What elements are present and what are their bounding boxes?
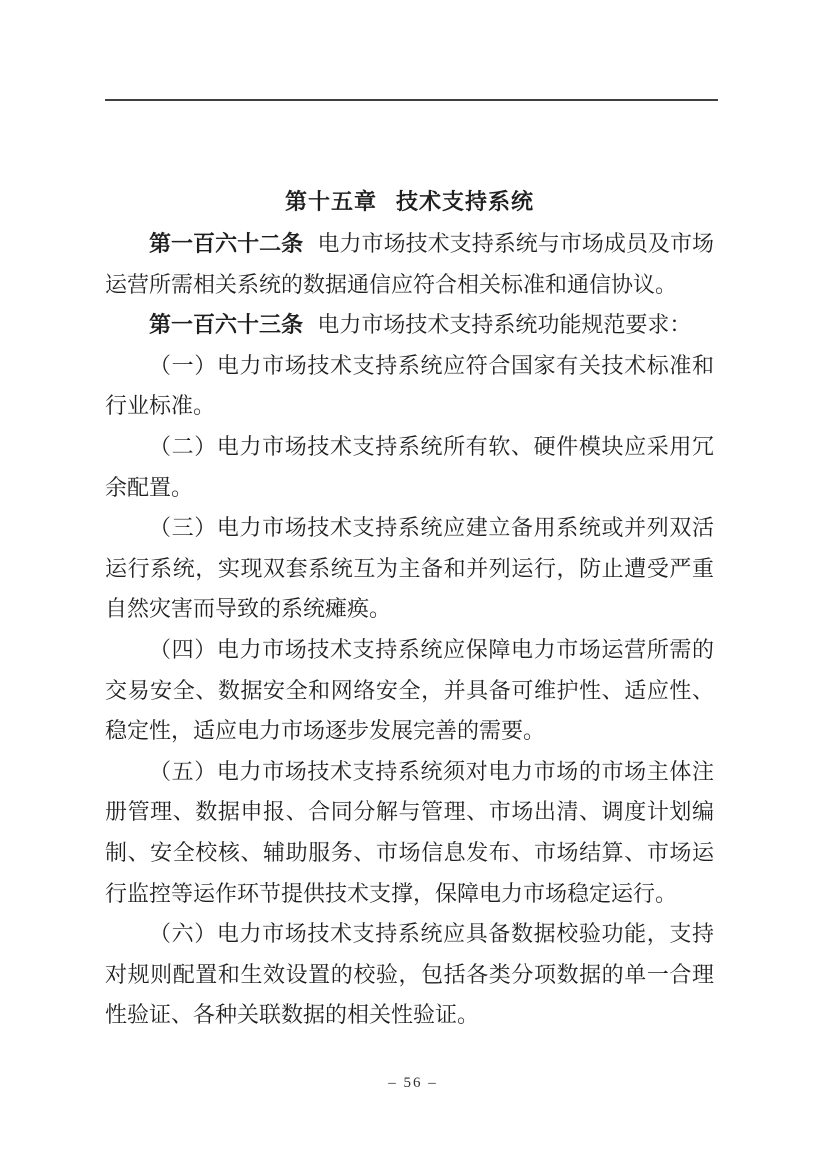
- article-163-text: 电力市场技术支持系统功能规范要求：: [317, 312, 691, 337]
- clause-item-4: （四）电力市场技术支持系统应保障电力市场运营所需的交易安全、数据安全和网络安全，…: [105, 630, 714, 752]
- clause-item-6: （六）电力市场技术支持系统应具备数据校验功能，支持对规则配置和生效设置的校验，包…: [105, 914, 714, 1036]
- clause-item-5: （五）电力市场技术支持系统须对电力市场的市场主体注册管理、数据申报、合同分解与管…: [105, 752, 714, 914]
- article-162-number: 第一百六十二条: [149, 231, 303, 256]
- clause-item-1: （一）电力市场技术支持系统应符合国家有关技术标准和行业标准。: [105, 346, 714, 427]
- chapter-title: 第十五章 技术支持系统: [105, 186, 714, 218]
- article-163: 第一百六十三条电力市场技术支持系统功能规范要求：: [105, 305, 714, 346]
- header-divider: [105, 99, 718, 101]
- article-163-number: 第一百六十三条: [149, 312, 303, 337]
- article-162: 第一百六十二条电力市场技术支持系统与市场成员及市场运营所需相关系统的数据通信应符…: [105, 224, 714, 305]
- clause-item-3: （三）电力市场技术支持系统应建立备用系统或并列双活运行系统，实现双套系统互为主备…: [105, 508, 714, 630]
- page-number: – 56 –: [0, 1072, 826, 1094]
- document-page: 第十五章 技术支持系统 第一百六十二条电力市场技术支持系统与市场成员及市场运营所…: [0, 0, 826, 1169]
- clause-item-2: （二）电力市场技术支持系统所有软、硬件模块应采用冗余配置。: [105, 427, 714, 508]
- page-content: 第十五章 技术支持系统 第一百六十二条电力市场技术支持系统与市场成员及市场运营所…: [105, 186, 714, 1036]
